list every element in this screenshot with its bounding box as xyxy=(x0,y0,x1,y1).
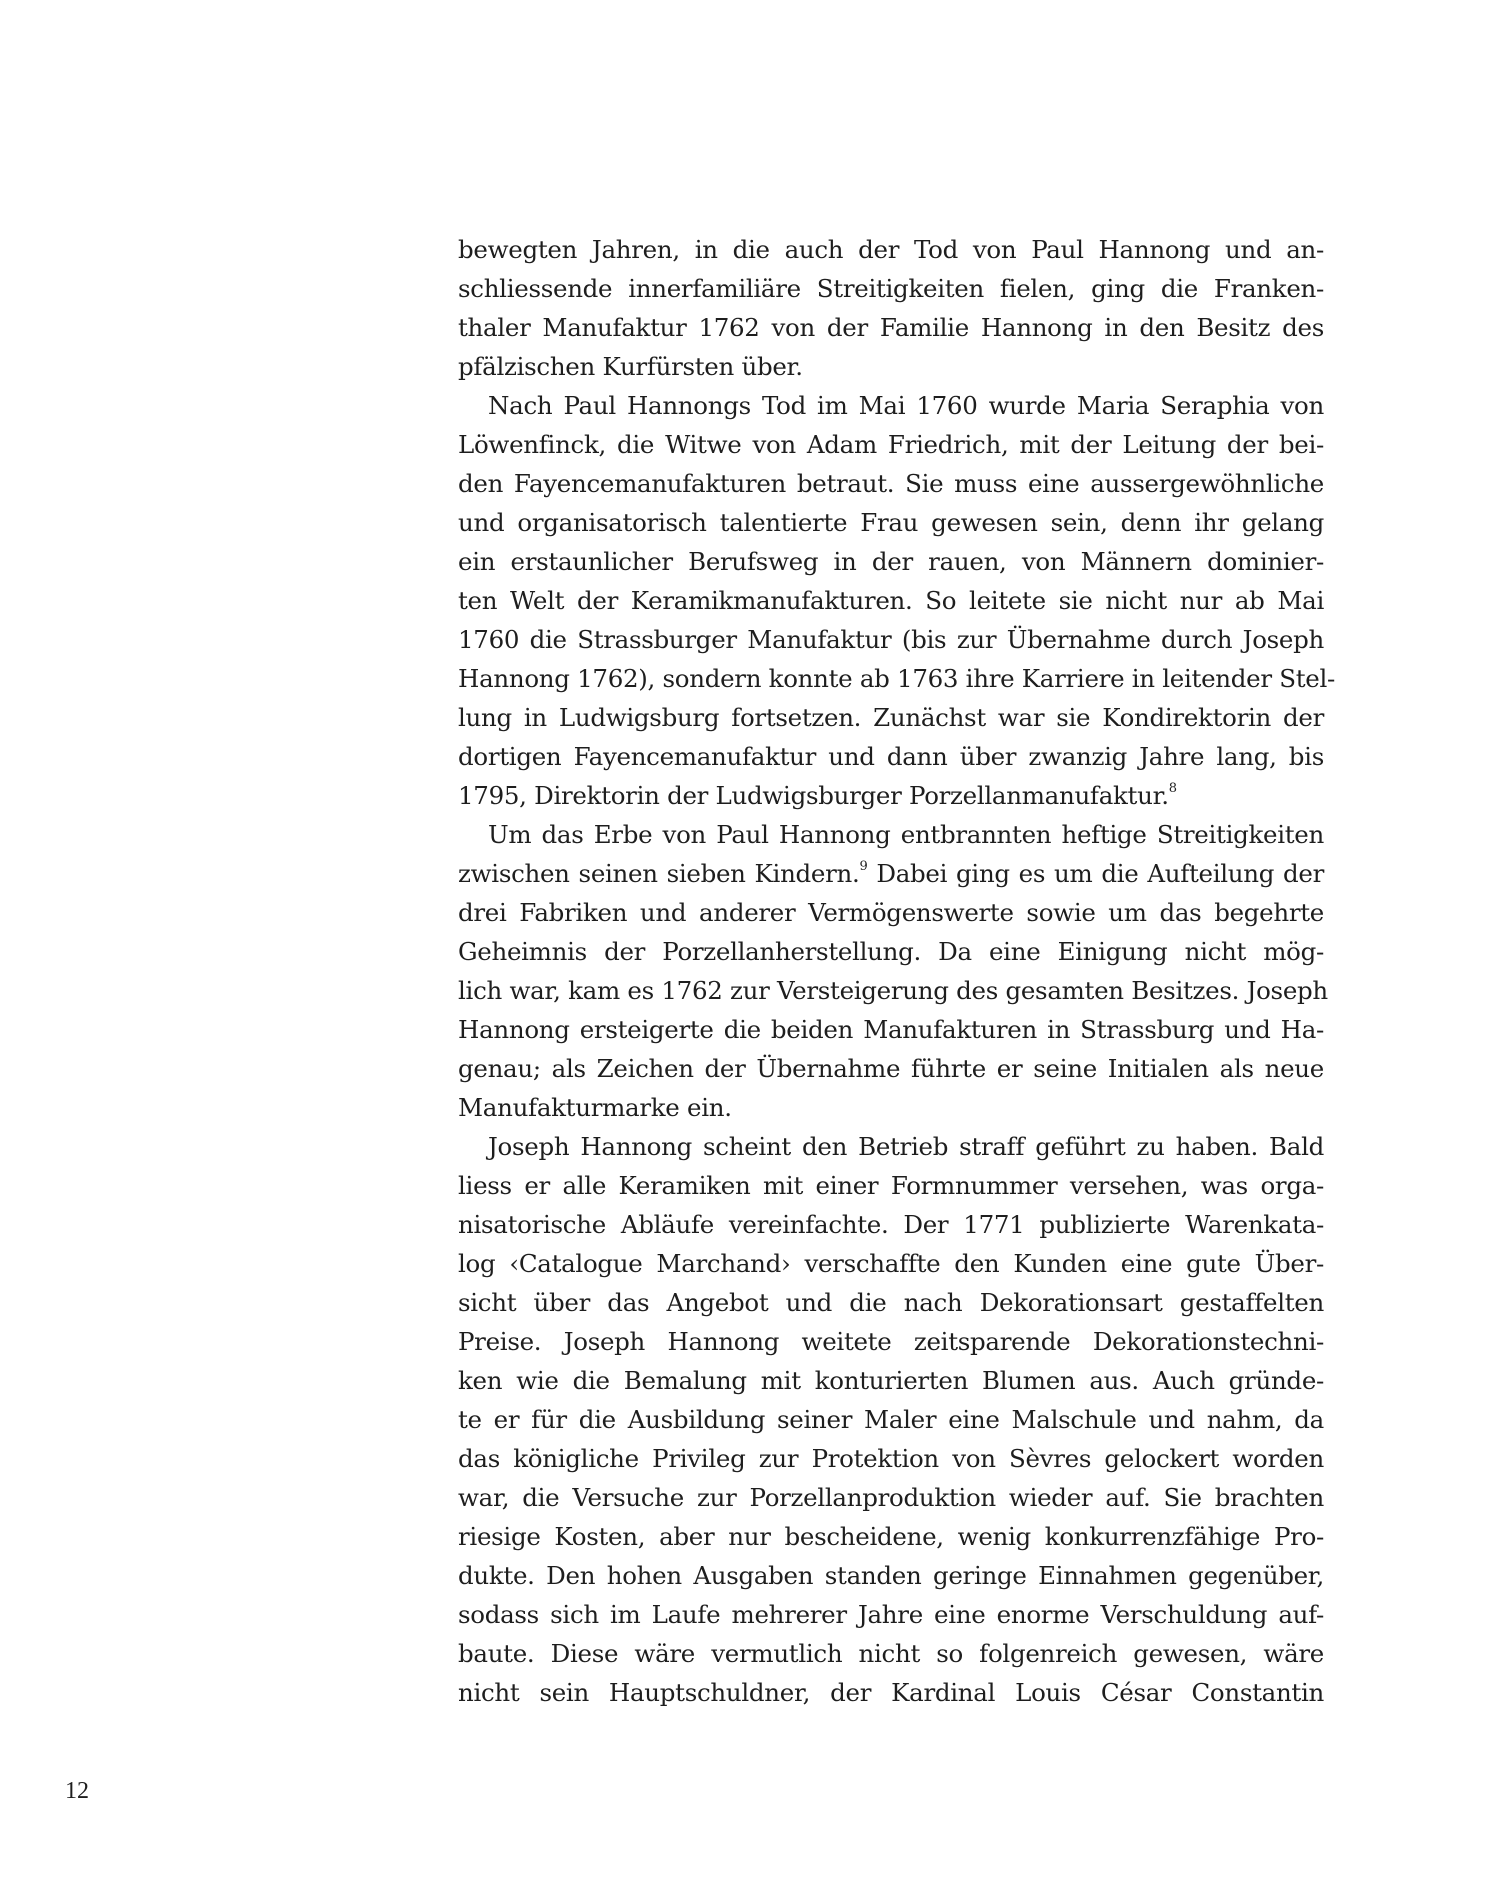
book-page: bewegten Jahren, in die auch der Tod von… xyxy=(0,0,1497,1890)
text-line: dortigen Fayencemanufaktur und dann über… xyxy=(458,737,1324,776)
text-line: den Fayencemanufakturen betraut. Sie mus… xyxy=(458,464,1324,503)
text-line: genau; als Zeichen der Übernahme führte … xyxy=(458,1049,1324,1088)
text-line: Nach Paul Hannongs Tod im Mai 1760 wurde… xyxy=(458,386,1324,425)
text-line: bewegten Jahren, in die auch der Tod von… xyxy=(458,230,1324,269)
paragraph-2: Nach Paul Hannongs Tod im Mai 1760 wurde… xyxy=(458,386,1324,815)
text-line: Manufakturmarke ein. xyxy=(458,1088,1324,1127)
text-line: sodass sich im Laufe mehrerer Jahre eine… xyxy=(458,1595,1324,1634)
text-line: Joseph Hannong scheint den Betrieb straf… xyxy=(458,1127,1324,1166)
text-line-content: 1795, Direktorin der Ludwigsburger Porze… xyxy=(458,781,1169,810)
text-line: liess er alle Keramiken mit einer Formnu… xyxy=(458,1166,1324,1205)
text-line: nisatorische Abläufe vereinfachte. Der 1… xyxy=(458,1205,1324,1244)
text-line: ken wie die Bemalung mit konturierten Bl… xyxy=(458,1361,1324,1400)
footnote-reference-8[interactable]: 8 xyxy=(1169,781,1177,796)
body-text-column: bewegten Jahren, in die auch der Tod von… xyxy=(458,230,1324,1712)
text-line: riesige Kosten, aber nur bescheidene, we… xyxy=(458,1517,1324,1556)
text-line: lich war, kam es 1762 zur Versteigerung … xyxy=(458,971,1324,1010)
text-line: und organisatorisch talentierte Frau gew… xyxy=(458,503,1324,542)
text-line: Löwenfinck, die Witwe von Adam Friedrich… xyxy=(458,425,1324,464)
text-line: ten Welt der Keramikmanufakturen. So lei… xyxy=(458,581,1324,620)
text-line: thaler Manufaktur 1762 von der Familie H… xyxy=(458,308,1324,347)
text-line: zwischen seinen sieben Kindern.9 Dabei g… xyxy=(458,854,1324,893)
text-line: Preise. Joseph Hannong weitete zeitspare… xyxy=(458,1322,1324,1361)
text-line: nicht sein Hauptschuldner, der Kardinal … xyxy=(458,1673,1324,1712)
footnote-reference-9[interactable]: 9 xyxy=(860,859,868,874)
text-line: ein erstaunlicher Berufsweg in der rauen… xyxy=(458,542,1324,581)
text-line: drei Fabriken und anderer Vermögenswerte… xyxy=(458,893,1324,932)
paragraph-3: Um das Erbe von Paul Hannong entbrannten… xyxy=(458,815,1324,1127)
text-line: war, die Versuche zur Porzellanproduktio… xyxy=(458,1478,1324,1517)
text-line: 1760 die Strassburger Manufaktur (bis zu… xyxy=(458,620,1324,659)
text-line: te er für die Ausbildung seiner Maler ei… xyxy=(458,1400,1324,1439)
text-line: pfälzischen Kurfürsten über. xyxy=(458,347,1324,386)
text-line: schliessende innerfamiliäre Streitigkeit… xyxy=(458,269,1324,308)
text-line: Hannong 1762), sondern konnte ab 1763 ih… xyxy=(458,659,1324,698)
text-line: lung in Ludwigsburg fortsetzen. Zunächst… xyxy=(458,698,1324,737)
text-line: baute. Diese wäre vermutlich nicht so fo… xyxy=(458,1634,1324,1673)
text-line: Um das Erbe von Paul Hannong entbrannten… xyxy=(458,815,1324,854)
text-line-content: Dabei ging es um die Aufteilung der xyxy=(868,859,1325,888)
text-line: log ‹Catalogue Marchand› verschaffte den… xyxy=(458,1244,1324,1283)
paragraph-4: Joseph Hannong scheint den Betrieb straf… xyxy=(458,1127,1324,1712)
text-line: das königliche Privileg zur Protektion v… xyxy=(458,1439,1324,1478)
text-line: Hannong ersteigerte die beiden Manufaktu… xyxy=(458,1010,1324,1049)
page-number: 12 xyxy=(65,1778,89,1805)
text-line: dukte. Den hohen Ausgaben standen gering… xyxy=(458,1556,1324,1595)
text-line: 1795, Direktorin der Ludwigsburger Porze… xyxy=(458,776,1324,815)
text-line: sicht über das Angebot und die nach Deko… xyxy=(458,1283,1324,1322)
text-line-content: zwischen seinen sieben Kindern. xyxy=(458,859,860,888)
text-line: Geheimnis der Porzellanherstellung. Da e… xyxy=(458,932,1324,971)
paragraph-1: bewegten Jahren, in die auch der Tod von… xyxy=(458,230,1324,386)
